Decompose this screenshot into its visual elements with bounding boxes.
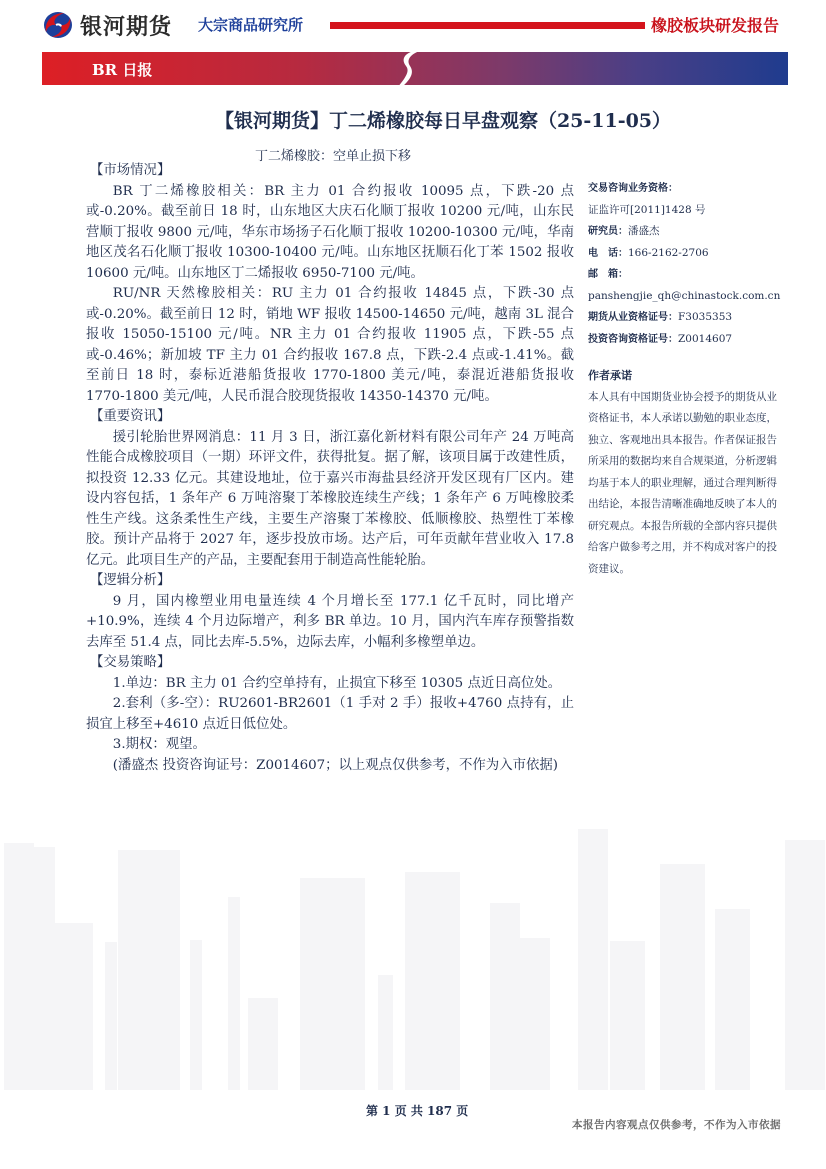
page-indicator: 第 1 页 共 187 页 <box>366 1102 468 1119</box>
section-heading: 【逻辑分析】 <box>88 571 574 592</box>
paragraph: RU/NR 天然橡胶相关：RU 主力 01 合约报收 14845 点，下跌-30… <box>86 284 574 407</box>
section-strategy: 【交易策略】 1.单边：BR 主力 01 合约空单持有，止损宜下移至 10305… <box>88 653 574 776</box>
researcher-value: 潘盛杰 <box>628 225 660 237</box>
pledge-text: 本人具有中国期货业协会授予的期货从业资格证书，本人承诺以勤勉的职业态度，独立、客… <box>588 387 778 581</box>
section-news: 【重要资讯】 援引轮胎世界网消息：11 月 3 日，浙江嘉化新材料有限公司年产 … <box>88 407 574 571</box>
header-divider <box>330 22 645 29</box>
document-title: 【银河期货】丁二烯橡胶每日早盘观察（25-11-05） <box>0 106 826 133</box>
brand-name: 银河期货 <box>80 10 172 41</box>
skyline-watermark-icon <box>0 815 826 1090</box>
report-type: 橡胶板块研发报告 <box>651 13 779 36</box>
paragraph: 援引轮胎世界网消息：11 月 3 日，浙江嘉化新材料有限公司年产 24 万吨高性… <box>86 428 574 572</box>
qualification-value: 证监许可[2011]1428 号 <box>588 200 778 222</box>
report-body: 【市场情况】 BR 丁二烯橡胶相关：BR 主力 01 合约报收 10095 点，… <box>88 161 574 776</box>
company-logo: 银河期货 <box>42 8 172 42</box>
phone-value: 166-2162-2706 <box>628 247 709 259</box>
qualification-label: 交易咨询业务资格： <box>588 183 678 194</box>
swoosh-icon <box>394 50 424 87</box>
futures-cert-label: 期货从业资格证号： <box>588 312 678 323</box>
galaxy-futures-logo-icon <box>42 10 74 40</box>
institute-name: 大宗商品研究所 <box>198 14 303 35</box>
phone-label: 电 话： <box>588 248 628 259</box>
footer-disclaimer: 本报告内容观点仅供参考，不作为入市依据 <box>572 1117 781 1132</box>
analyst-note: (潘盛杰 投资咨询证号：Z0014607；以上观点仅供参考，不作为入市依据) <box>86 756 574 777</box>
futures-cert-value: F3035353 <box>678 311 732 323</box>
strategy-item: 3.期权：观望。 <box>86 735 574 756</box>
section-heading: 【市场情况】 <box>88 161 574 182</box>
email-label: 邮 箱： <box>588 269 628 280</box>
section-market: 【市场情况】 BR 丁二烯橡胶相关：BR 主力 01 合约报收 10095 点，… <box>88 161 574 407</box>
email-value[interactable]: panshengjie_qh@chinastock.com.cn <box>588 286 778 308</box>
banner-label: BR 日报 <box>92 59 152 80</box>
section-heading: 【交易策略】 <box>88 653 574 674</box>
strategy-item: 1.单边：BR 主力 01 合约空单持有，止损宜下移至 10305 点近日高位处… <box>86 674 574 695</box>
analyst-sidebar: 交易咨询业务资格： 证监许可[2011]1428 号 研究员：潘盛杰 电 话：1… <box>588 178 778 580</box>
invest-cert-value: Z0014607 <box>678 333 732 345</box>
strategy-item: 2.套利（多-空）：RU2601-BR2601（1 手对 2 手）报收+4760… <box>86 694 574 735</box>
invest-cert-label: 投资咨询资格证号： <box>588 334 678 345</box>
paragraph: BR 丁二烯橡胶相关：BR 主力 01 合约报收 10095 点，下跌-20 点… <box>86 182 574 285</box>
section-heading: 【重要资讯】 <box>88 407 574 428</box>
researcher-label: 研究员： <box>588 226 628 237</box>
pledge-title: 作者承诺 <box>588 365 778 387</box>
paragraph: 9 月，国内橡塑业用电量连续 4 个月增长至 177.1 亿千瓦时，同比增产+1… <box>86 592 574 654</box>
section-analysis: 【逻辑分析】 9 月，国内橡塑业用电量连续 4 个月增长至 177.1 亿千瓦时… <box>88 571 574 653</box>
report-banner: BR 日报 <box>42 52 788 85</box>
